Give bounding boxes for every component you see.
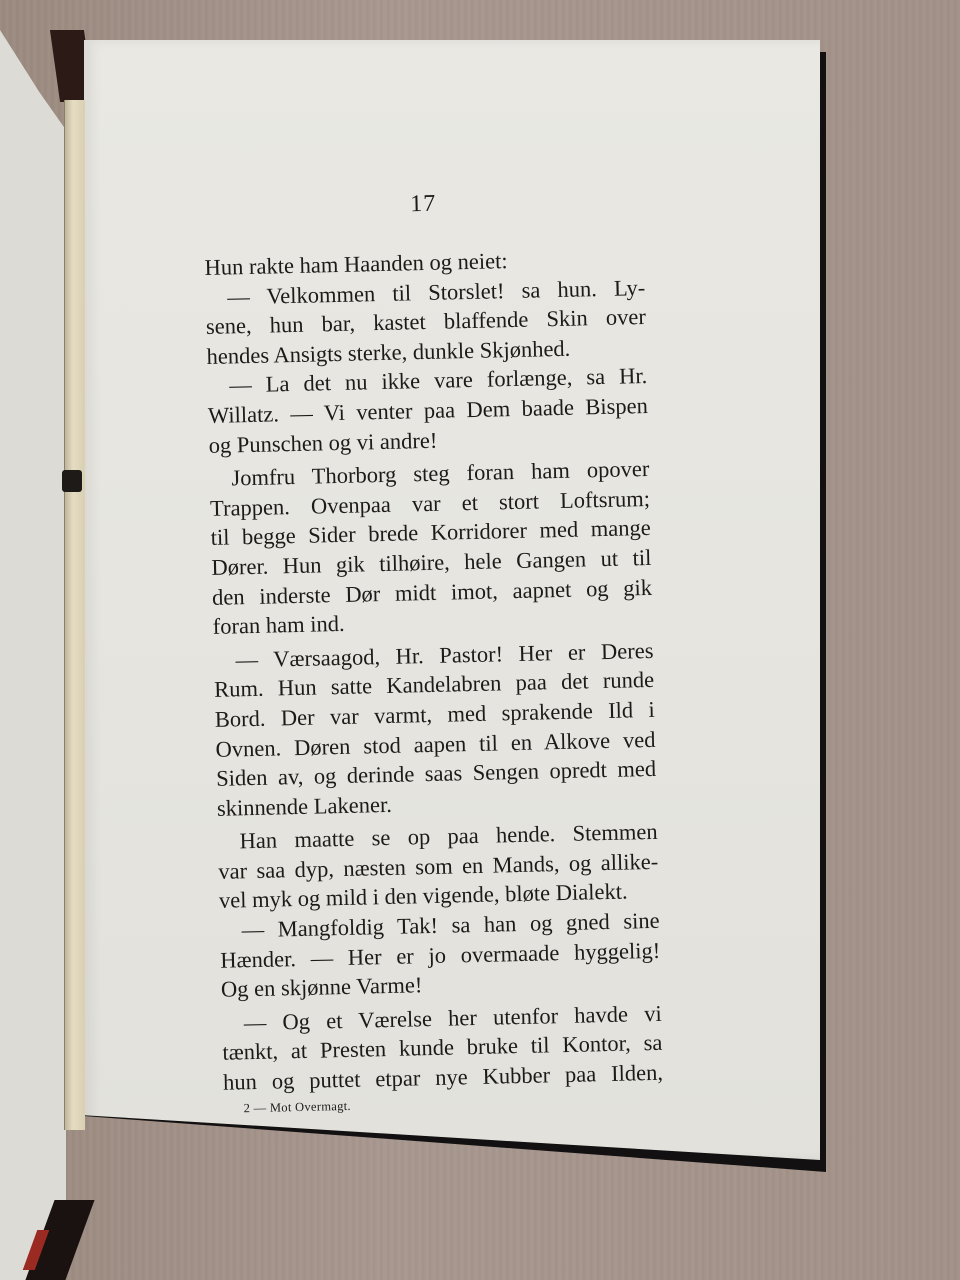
binding-thread — [62, 470, 82, 492]
paragraph: Jomfru Thorborg steg foran ham opover Tr… — [209, 454, 653, 641]
page-text-block: 17 Hun rakte ham Haanden og neiet: — Vel… — [203, 186, 664, 1116]
paragraph: — Og et Værelse her utenfor havde vi tæn… — [221, 999, 663, 1098]
paragraph: — Værsaagod, Hr. Pastor! Her er Deres Ru… — [213, 636, 657, 823]
paragraph: — Mangfoldig Tak! sa han og gned sine Hæ… — [219, 906, 661, 1005]
paragraph: Han maatte se op paa hende. Stemmen var … — [217, 817, 659, 916]
page-gutter — [64, 100, 85, 1130]
paragraph: — La det nu ikke vare forlænge, sa Hr. W… — [207, 361, 649, 460]
left-page — [0, 30, 66, 1280]
paragraph: — Velkommen til Storslet! sa hun. Ly- se… — [205, 273, 647, 372]
